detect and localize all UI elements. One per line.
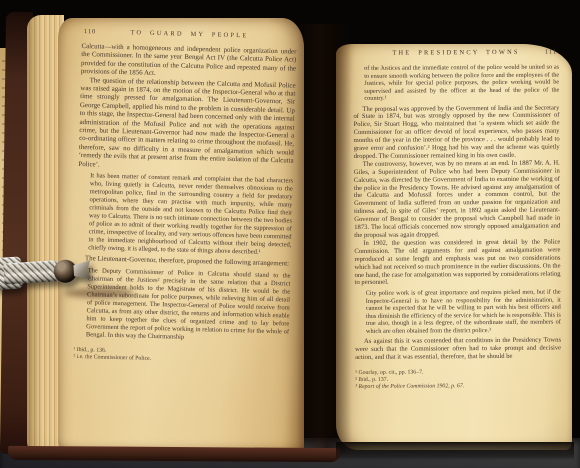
book-cover-bottom-edge <box>8 446 340 462</box>
left-page-text: 110 TO GUARD MY PEOPLE Calcutta—with a h… <box>73 28 297 366</box>
paragraph: The proposal was approved by the Governm… <box>353 104 559 161</box>
open-book-photo: 110 TO GUARD MY PEOPLE Calcutta—with a h… <box>0 0 580 468</box>
paragraph: In 1902, the question was considered in … <box>354 238 560 287</box>
left-page-number: 110 <box>84 28 97 35</box>
paragraph: Calcutta—with a homogeneous and independ… <box>81 43 297 82</box>
book-bottom-shadow <box>336 442 574 460</box>
paragraph: The question of the relationship between… <box>78 77 295 175</box>
block-quote: of the Justices and the immediate contro… <box>364 64 559 103</box>
block-quote: City police work is of great importance … <box>366 289 561 335</box>
footnote: ³ Report of the Police Commission 1902, … <box>355 383 561 392</box>
right-running-header: THE PRESIDENCY TOWNS <box>392 49 519 57</box>
paragraph: As against this it was contended that co… <box>355 337 561 362</box>
right-page-header: THE PRESIDENCY TOWNS 111 <box>353 49 559 60</box>
block-quote: It has been matter of constant remark an… <box>88 172 293 257</box>
right-footnotes: ¹ Gourlay, op. cit., pp. 136–7. ² Ibid.,… <box>355 369 561 392</box>
bookmark-bar <box>3 260 60 284</box>
block-quote: The Deputy Commissioner of Police in Cal… <box>86 267 291 344</box>
right-page-number: 111 <box>545 49 557 56</box>
right-page-text: THE PRESIDENCY TOWNS 111 of the Justices… <box>353 49 561 392</box>
bookmark-claw-tip <box>73 260 91 280</box>
bookmark-clasp <box>0 247 97 303</box>
book-gutter <box>296 24 352 454</box>
paragraph: The controversy, however, was by no mean… <box>354 159 561 239</box>
